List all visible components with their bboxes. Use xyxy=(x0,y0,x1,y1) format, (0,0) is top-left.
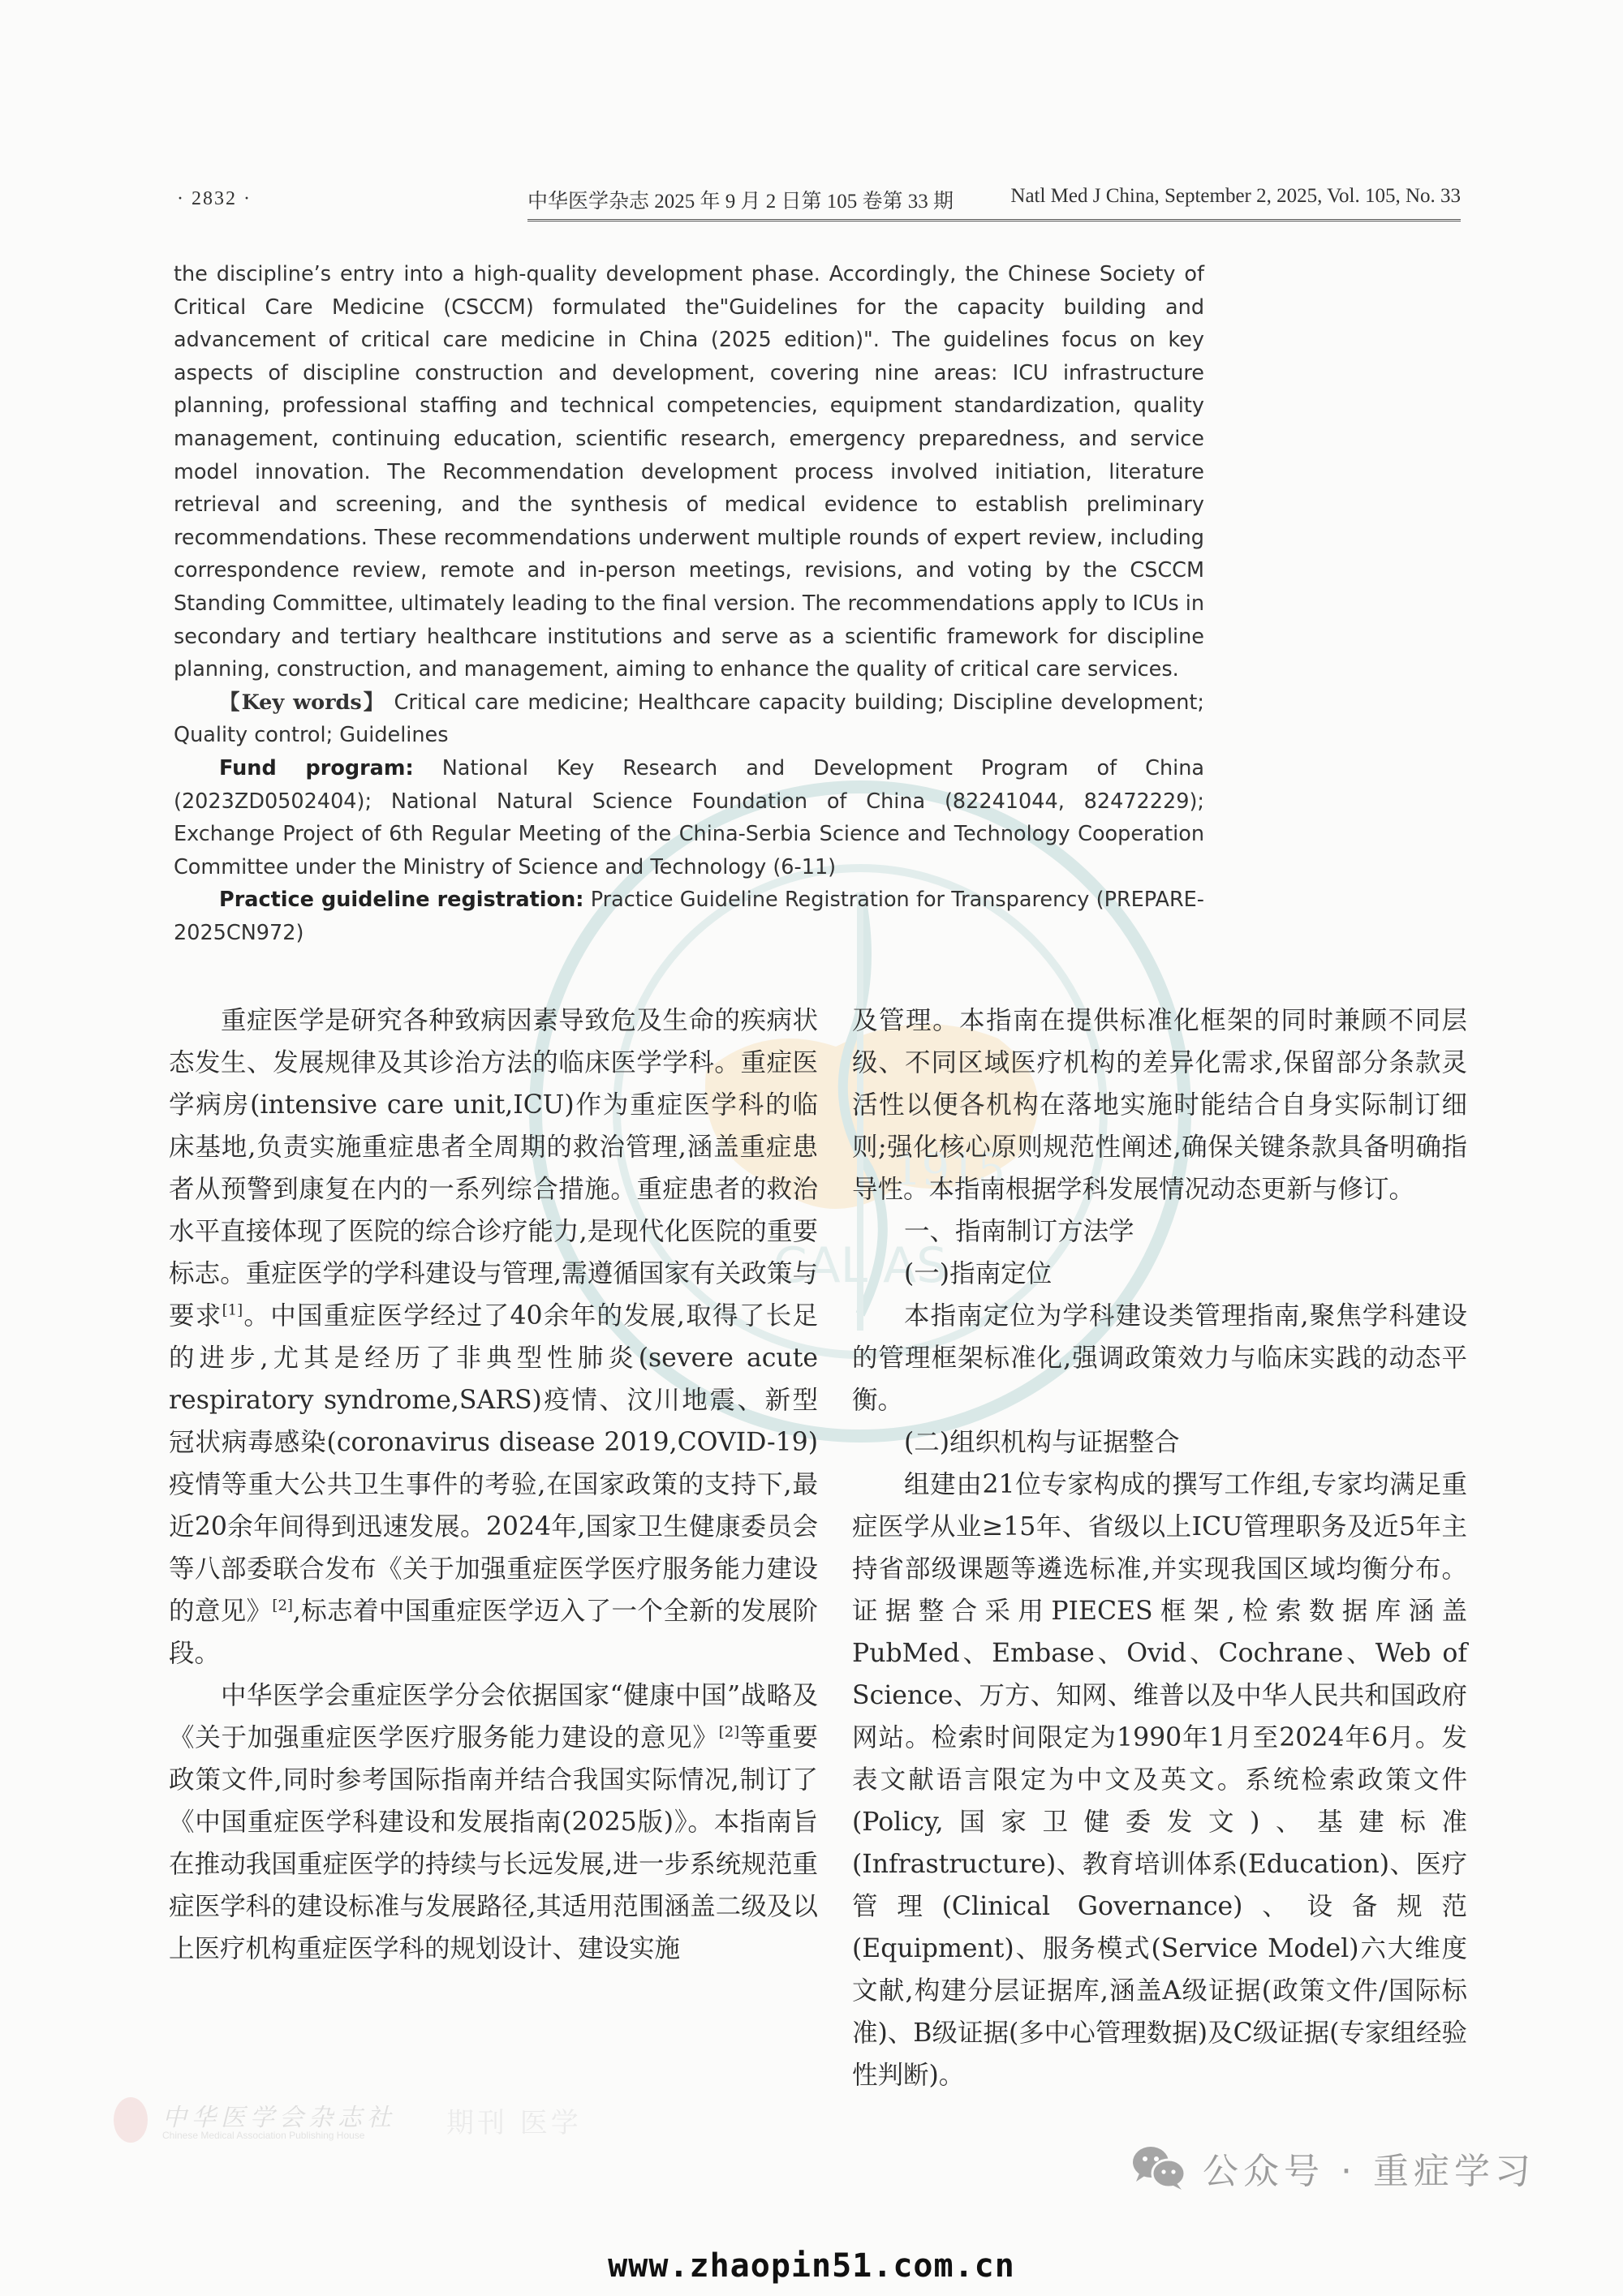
guideline-registration: Practice guideline registration: Practic… xyxy=(174,884,1204,949)
registration-label: Practice guideline registration: xyxy=(219,888,583,912)
fund-label: Fund program: xyxy=(219,756,414,780)
journal-title-cn: 中华医学杂志 2025 年 9 月 2 日第 105 卷第 33 期 xyxy=(527,185,954,214)
text-run: 中华医学会重症医学分会依据国家“健康中国”战略及《关于加强重症医学医疗服务能力建… xyxy=(169,1681,818,1752)
text-run: 等重要政策文件,同时参考国际指南并结合我国实际情况,制订了《中国重症医学科建设和… xyxy=(169,1723,818,1963)
fund-program: Fund program: National Key Research and … xyxy=(174,752,1204,884)
body-column-left: 重症医学是研究各种致病因素导致危及生命的疾病状态发生、发展规律及其诊治方法的临床… xyxy=(169,1000,818,1970)
publisher-name-cn: 中华医学会杂志社 xyxy=(162,2097,396,2133)
subsection-heading-positioning: (一)指南定位 xyxy=(852,1253,1467,1295)
text-run: 。中国重症医学经过了40余年的发展,取得了长足的进步,尤其是经历了非典型性肺炎(… xyxy=(169,1301,818,1626)
page-number: · 2832 · xyxy=(177,188,252,210)
publisher-tags: 期刊 医学 xyxy=(446,2100,582,2140)
publisher-logo-icon xyxy=(114,2097,148,2143)
citation-ref-2[interactable]: [2] xyxy=(719,1724,740,1741)
wechat-account-label: 公众号 · 重症学习 xyxy=(1130,2142,1535,2194)
body-column-right: 及管理。本指南在提供标准化框架的同时兼顾不同层级、不同区域医疗机构的差异化需求,… xyxy=(852,1000,1467,2096)
positioning-paragraph: 本指南定位为学科建设类管理指南,聚焦学科建设的管理框架标准化,强调政策效力与临床… xyxy=(852,1295,1467,1421)
organization-paragraph: 组建由21位专家构成的撰写工作组,专家均满足重症医学从业≥15年、省级以上ICU… xyxy=(852,1464,1467,2096)
keywords-label: 【Key words】 xyxy=(219,690,385,715)
abstract-body: the discipline’s entry into a high-quali… xyxy=(174,258,1204,686)
publisher-watermark: 中华医学会杂志社 Chinese Medical Association Pub… xyxy=(97,2097,747,2162)
continued-paragraph: 及管理。本指南在提供标准化框架的同时兼顾不同层级、不同区域医疗机构的差异化需求,… xyxy=(852,1000,1467,1210)
intro-paragraph-1: 重症医学是研究各种致病因素导致危及生命的疾病状态发生、发展规律及其诊治方法的临床… xyxy=(169,1000,818,1675)
journal-title-en: Natl Med J China, September 2, 2025, Vol… xyxy=(1010,185,1461,214)
citation-ref-2[interactable]: [2] xyxy=(272,1597,293,1615)
intro-paragraph-2: 中华医学会重症医学分会依据国家“健康中国”战略及《关于加强重症医学医疗服务能力建… xyxy=(169,1675,818,1970)
text-run: 重症医学是研究各种致病因素导致危及生命的疾病状态发生、发展规律及其诊治方法的临床… xyxy=(169,1006,818,1331)
english-abstract: the discipline’s entry into a high-quali… xyxy=(174,258,1204,949)
publisher-name-en: Chinese Medical Association Publishing H… xyxy=(162,2130,364,2141)
citation-ref-1[interactable]: [1] xyxy=(222,1302,243,1319)
wechat-icon xyxy=(1130,2143,1188,2193)
section-heading-methodology: 一、指南制订方法学 xyxy=(852,1210,1467,1253)
subsection-heading-organization: (二)组织机构与证据整合 xyxy=(852,1421,1467,1464)
site-url-link[interactable]: www.zhaopin51.com.cn xyxy=(0,2247,1623,2285)
keywords: 【Key words】 Critical care medicine; Heal… xyxy=(174,686,1204,752)
wechat-account-name: 公众号 · 重症学习 xyxy=(1203,2142,1535,2194)
running-head: 中华医学杂志 2025 年 9 月 2 日第 105 卷第 33 期 Natl … xyxy=(527,185,1461,221)
